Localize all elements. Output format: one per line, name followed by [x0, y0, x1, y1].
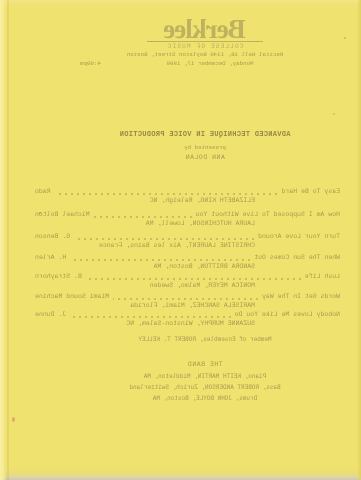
paper-dust-speck — [333, 113, 335, 115]
logo-underline — [147, 41, 263, 42]
presented-by-label: presented by — [49, 144, 361, 151]
performer-line: MARISELA SANCHEZ, Miami, Florida — [35, 301, 340, 310]
time-label: 4:00pm — [80, 60, 101, 67]
program-entry: Nobody Loves Me Like You Do J. Dunne SUZ… — [35, 310, 340, 328]
performer-line: CHRISTINE LAURENT, Aix les Bains, France — [35, 241, 340, 250]
college-of-music-label: COLLEGE OF MUSIC — [49, 43, 361, 50]
dotted-leader — [86, 278, 301, 280]
composer-credit: Miami Sound Machine — [35, 292, 109, 301]
band-member: Drums, JOHN BOYLE, Boston, MA — [49, 395, 361, 402]
program-entry: Words Get In The Way Miami Sound Machine… — [35, 292, 340, 310]
performer-line: ELIZABETH KING, Raleigh, NC — [35, 196, 340, 205]
song-title: Lush Life — [305, 272, 340, 281]
membership-line: Member of Ensembles, ROBERT T. KELLEY — [49, 336, 361, 343]
show-through-mirrored-print: Berklee COLLEGE OF MUSIC Recital Hall 1B… — [0, 0, 361, 480]
performer-line: SANDRA BRITTON, Boston, MA — [35, 262, 340, 271]
band-member: Bass, ROBERT ANDERSON, Zurich, Switzerla… — [49, 384, 361, 391]
song-title: Turn Your Love Around — [258, 232, 340, 241]
venue-line: Recital Hall 1B, 1140 Boylston Street, B… — [49, 51, 361, 58]
song-title: When The Sun Comes Out — [254, 253, 340, 262]
song-title: Easy To Be Hard — [281, 187, 340, 196]
paper-dust-speck — [39, 212, 41, 214]
composer-credit: H. Arlen — [35, 253, 66, 262]
dotted-leader — [70, 259, 250, 261]
date-time-row: Monday, December 17, 1990 4:00pm — [80, 60, 340, 67]
band-member: Piano, KEITH MARTIN, Middleton, MA — [49, 373, 361, 380]
date-line: Monday, December 17, 1990 — [80, 60, 340, 67]
paper-stain-speck — [12, 417, 15, 422]
composer-credit: B. Strayhorn — [35, 272, 82, 281]
dotted-leader — [70, 316, 230, 318]
composer-credit: J. Dunne — [35, 310, 66, 319]
composer-credit: Michael Bolton — [35, 210, 90, 219]
program-entry: Lush Life B. Strayhorn MONICA MEYER, Mal… — [35, 272, 340, 290]
song-title: Nobody Loves Me Like You Do — [235, 310, 340, 319]
program-entry: When The Sun Comes Out H. Arlen SANDRA B… — [35, 253, 340, 271]
dotted-leader — [113, 298, 258, 300]
performer-line: MONICA MEYER, Malmo, Sweden — [35, 281, 340, 290]
song-title: Words Get In The Way — [262, 292, 340, 301]
composer-credit: G. Benson — [35, 232, 70, 241]
program-entry: How Am I Supposed To Live Without You Mi… — [35, 210, 340, 228]
dotted-leader — [74, 238, 254, 240]
dotted-leader — [94, 216, 192, 218]
performer-line: LAURA HUTCHINSON, Lowell, MA — [35, 219, 340, 228]
composer-credit: Rado — [35, 187, 51, 196]
scanned-program-page: Berklee COLLEGE OF MUSIC Recital Hall 1B… — [0, 0, 361, 480]
program-entry: Easy To Be Hard Rado ELIZABETH KING, Ral… — [35, 187, 340, 205]
band-heading: THE BAND — [49, 361, 361, 368]
recital-title: ADVANCED TECHNIQUE IN VOICE PRODUCTION — [49, 131, 361, 139]
performer-line: SUZANNE MURPHY, Winston-Salem, NC — [35, 319, 340, 328]
program-entry: Turn Your Love Around G. Benson CHRISTIN… — [35, 232, 340, 250]
dotted-leader — [55, 193, 278, 195]
paper-dust-speck — [344, 37, 346, 39]
presenter-name: ANN DOLAN — [49, 154, 361, 161]
berklee-logo: Berklee — [49, 16, 361, 42]
song-title: How Am I Supposed To Live Without You — [196, 210, 340, 219]
